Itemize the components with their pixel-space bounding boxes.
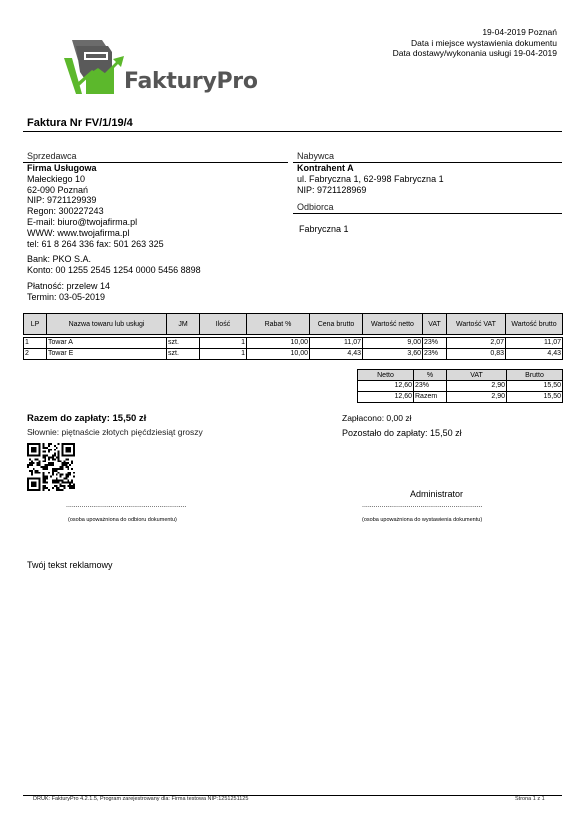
amount-remaining: Pozostało do zapłaty: 15,50 zł bbox=[342, 428, 462, 438]
payment-due: Termin: 03-05-2019 bbox=[27, 292, 201, 303]
cell-gross-price: 4,43 bbox=[310, 349, 363, 360]
cell-lp: 1 bbox=[24, 338, 47, 349]
issuer-signature-note: (osoba upoważniona do wystawienia dokume… bbox=[362, 517, 482, 523]
cell-net-value: 9,00 bbox=[363, 338, 423, 349]
issue-info: 19-04-2019 Poznań Data i miejsce wystawi… bbox=[393, 27, 557, 59]
items-table: LP Nazwa towaru lub usługi JM Ilość Raba… bbox=[23, 313, 563, 360]
col-vat: VAT bbox=[423, 314, 447, 335]
sum-net: 12,60 bbox=[358, 392, 414, 403]
seller-email: E-mail: biuro@twojafirma.pl bbox=[27, 217, 201, 228]
recipient-label: Odbiorca bbox=[297, 202, 334, 212]
delivery-date: Data dostawy/wykonania usługi 19-04-2019 bbox=[393, 48, 557, 59]
sum-col-rate: % bbox=[414, 370, 447, 381]
logo-text: FakturyPro bbox=[124, 69, 258, 94]
issuer-name: Administrator bbox=[410, 489, 463, 499]
cell-name: Towar E bbox=[47, 349, 167, 360]
payment-method: Płatność: przelew 14 bbox=[27, 281, 201, 292]
cell-lp: 2 bbox=[24, 349, 47, 360]
page-number: Strona 1 z 1 bbox=[515, 796, 545, 802]
sum-rate: 23% bbox=[414, 381, 447, 392]
issuer-signature-line: ........................................… bbox=[362, 502, 483, 509]
seller-www: WWW: www.twojafirma.pl bbox=[27, 228, 201, 239]
seller-block: Firma Usługowa Małeckiego 10 62-090 Pozn… bbox=[27, 163, 201, 303]
buyer-name: Kontrahent A bbox=[297, 163, 354, 173]
col-name: Nazwa towaru lub usługi bbox=[47, 314, 167, 335]
col-discount: Rabat % bbox=[247, 314, 310, 335]
cell-vat-value: 0,83 bbox=[447, 349, 506, 360]
cell-vat: 23% bbox=[423, 338, 447, 349]
sum-vat: 2,90 bbox=[447, 392, 507, 403]
cell-unit: szt. bbox=[167, 349, 200, 360]
fakturypro-logo: FakturyPro bbox=[58, 36, 258, 98]
total-to-pay: Razem do zapłaty: 15,50 zł bbox=[27, 413, 146, 424]
buyer-nip: NIP: 9721128969 bbox=[297, 185, 444, 196]
col-qty: Ilość bbox=[200, 314, 247, 335]
cell-gross-value: 4,43 bbox=[506, 349, 563, 360]
advert-text: Twój tekst reklamowy bbox=[27, 560, 113, 570]
cell-gross-price: 11,07 bbox=[310, 338, 363, 349]
recipient-name: Fabryczna 1 bbox=[299, 224, 349, 235]
cell-qty: 1 bbox=[200, 349, 247, 360]
summary-row: 12,60 23% 2,90 15,50 bbox=[358, 381, 563, 392]
col-gross-value: Wartość brutto bbox=[506, 314, 563, 335]
cell-discount: 10,00 bbox=[247, 349, 310, 360]
buyer-address: ul. Fabryczna 1, 62-998 Fabryczna 1 bbox=[297, 174, 444, 185]
col-vat-value: Wartość VAT bbox=[447, 314, 506, 335]
vat-summary-table: Netto % VAT Brutto 12,60 23% 2,90 15,50 … bbox=[357, 369, 563, 403]
summary-header-row: Netto % VAT Brutto bbox=[358, 370, 563, 381]
cell-gross-value: 11,07 bbox=[506, 338, 563, 349]
invoice-title: Faktura Nr FV/1/19/4 bbox=[27, 117, 133, 129]
seller-name: Firma Usługowa bbox=[27, 163, 97, 173]
cell-name: Towar A bbox=[47, 338, 167, 349]
seller-nip: NIP: 9721129939 bbox=[27, 195, 201, 206]
sum-gross: 15,50 bbox=[507, 381, 563, 392]
seller-bank: Bank: PKO S.A. bbox=[27, 254, 201, 265]
issue-date-place: 19-04-2019 Poznań bbox=[393, 27, 557, 38]
amount-in-words: Słownie: piętnaście złotych pięćdziesiąt… bbox=[27, 427, 203, 437]
receiver-signature-line: ........................................… bbox=[66, 502, 187, 509]
cell-vat-value: 2,07 bbox=[447, 338, 506, 349]
qr-code-icon bbox=[27, 443, 75, 491]
seller-phone: tel: 61 8 264 336 fax: 501 263 325 bbox=[27, 239, 201, 250]
cell-unit: szt. bbox=[167, 338, 200, 349]
sum-rate: Razem bbox=[414, 392, 447, 403]
footer-print-info: DRUK: FakturyPro 4.2.1.5, Program zareje… bbox=[33, 796, 248, 802]
sum-col-net: Netto bbox=[358, 370, 414, 381]
seller-account: Konto: 00 1255 2545 1254 0000 5456 8898 bbox=[27, 265, 201, 276]
sum-gross: 15,50 bbox=[507, 392, 563, 403]
seller-city: 62-090 Poznań bbox=[27, 185, 201, 196]
col-lp: LP bbox=[24, 314, 47, 335]
cell-net-value: 3,60 bbox=[363, 349, 423, 360]
sum-net: 12,60 bbox=[358, 381, 414, 392]
seller-label: Sprzedawca bbox=[27, 151, 77, 161]
cell-qty: 1 bbox=[200, 338, 247, 349]
sum-vat: 2,90 bbox=[447, 381, 507, 392]
col-net-value: Wartość netto bbox=[363, 314, 423, 335]
amount-paid: Zapłacono: 0,00 zł bbox=[342, 413, 411, 423]
receiver-signature-note: (osoba upoważniona do odbioru dokumentu) bbox=[68, 517, 177, 523]
seller-street: Małeckiego 10 bbox=[27, 174, 201, 185]
recipient-divider bbox=[293, 213, 562, 214]
cell-discount: 10,00 bbox=[247, 338, 310, 349]
col-unit: JM bbox=[167, 314, 200, 335]
sum-col-gross: Brutto bbox=[507, 370, 563, 381]
col-gross-price: Cena brutto bbox=[310, 314, 363, 335]
table-row: 2 Towar E szt. 1 10,00 4,43 3,60 23% 0,8… bbox=[24, 349, 563, 360]
sum-col-vat: VAT bbox=[447, 370, 507, 381]
buyer-block: Kontrahent A ul. Fabryczna 1, 62-998 Fab… bbox=[297, 163, 444, 195]
table-row: 1 Towar A szt. 1 10,00 11,07 9,00 23% 2,… bbox=[24, 338, 563, 349]
issue-date-place-label: Data i miejsce wystawienia dokumentu bbox=[393, 38, 557, 49]
buyer-label: Nabywca bbox=[297, 151, 334, 161]
title-divider bbox=[23, 131, 562, 132]
seller-regon: Regon: 300227243 bbox=[27, 206, 201, 217]
items-header-row: LP Nazwa towaru lub usługi JM Ilość Raba… bbox=[24, 314, 563, 335]
cell-vat: 23% bbox=[423, 349, 447, 360]
summary-total-row: 12,60 Razem 2,90 15,50 bbox=[358, 392, 563, 403]
